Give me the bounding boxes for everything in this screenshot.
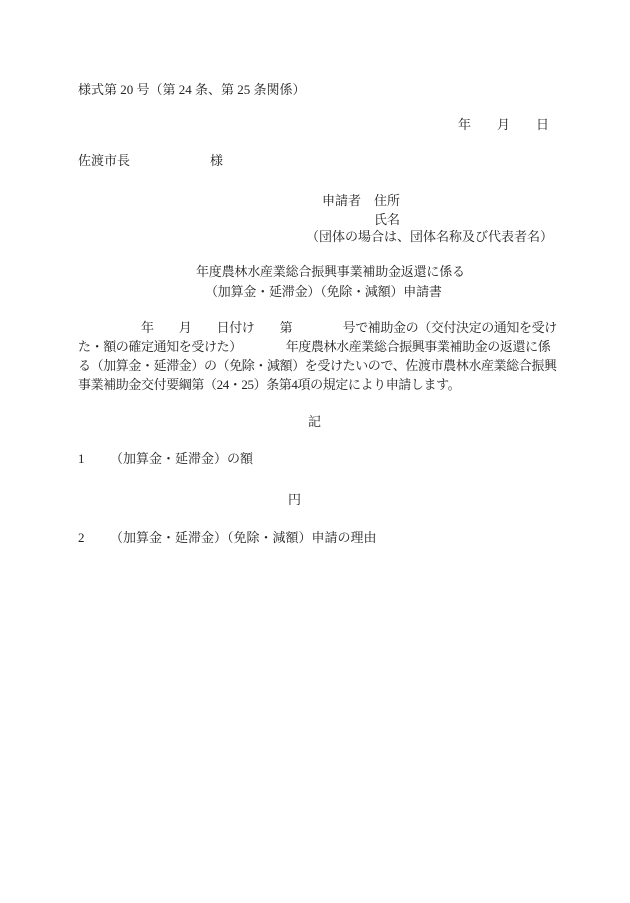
body-line-4: 事業補助金交付要綱第（24・25）条第4項の規定により申請します。: [78, 378, 460, 391]
applicant-address-label: 住所: [374, 194, 400, 207]
applicant-label: 申請者: [322, 194, 361, 207]
form-number-line: 様式第 20 号（第 24 条、第 25 条関係）: [78, 83, 306, 96]
item-1-number: 1: [78, 452, 85, 465]
section-marker: 記: [308, 415, 321, 428]
item-2-number: 2: [78, 531, 85, 544]
applicant-name-label: 氏名: [374, 213, 400, 226]
body-line-3: る（加算金・延滞金）の（免除・減額）を受けたいので、佐渡市農林水産業総合振興: [78, 359, 557, 372]
item-1-unit: 円: [288, 493, 301, 506]
item-1-label: （加算金・延滞金）の額: [110, 452, 253, 465]
addressee-name: 佐渡市長: [78, 154, 130, 167]
addressee-honorific: 様: [210, 154, 223, 167]
body-line-1: 年 月 日付け 第 号で補助金の（交付決定の通知を受け: [78, 321, 557, 334]
body-line-2: た・額の確定通知を受けた） 年度農林水産業総合振興事業補助金の返還に係: [78, 340, 550, 353]
document-title-line2: （加算金・延滞金）（免除・減額）申請書: [205, 285, 442, 298]
applicant-group-note: （団体の場合は、団体名称及び代表者名）: [306, 230, 553, 243]
date-line: 年 月 日: [458, 118, 549, 131]
document-page: 様式第 20 号（第 24 条、第 25 条関係） 年 月 日 佐渡市長 様 申…: [0, 0, 630, 903]
document-title-line1: 年度農林水産業総合振興事業補助金返還に係る: [196, 265, 465, 278]
item-2-label: （加算金・延滞金）（免除・減額）申請の理由: [110, 531, 377, 544]
